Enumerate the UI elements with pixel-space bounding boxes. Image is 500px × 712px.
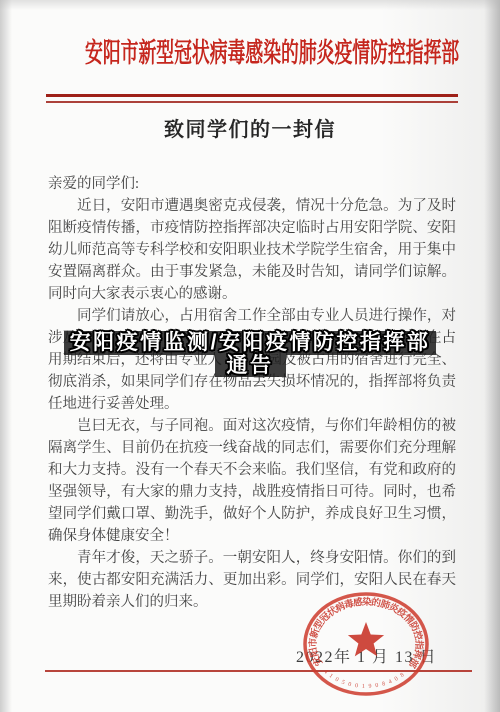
photo-edge-top	[0, 0, 500, 10]
body-line: 和大力支持。没有一个春天不会来临。我们坚信，有党和政府的	[48, 459, 456, 481]
paragraph: 近日，安阳市遭遇奥密克戎侵袭，情况十分危急。为了及时阻断疫情传播，市疫情防控指挥…	[48, 195, 456, 305]
salutation: 亲爱的同学们:	[48, 173, 456, 195]
body-line: 阻断疫情传播，市疫情防控指挥部决定临时占用安阳学院、安阳	[48, 217, 456, 239]
letterhead-rule-thick	[46, 94, 458, 97]
body-line: 隔离学生、目前仍在抗疫一线奋战的同志们，需要你们充分理解	[48, 437, 456, 459]
letter-title: 致同学们的一封信	[0, 113, 500, 142]
paragraph: 岂曰无衣，与子同袍。面对这次疫情，与你们年龄相仿的被隔离学生、目前仍在抗疫一线奋…	[48, 415, 456, 547]
body-line: 任地进行妥善处理。	[48, 393, 456, 415]
official-seal: 安阳市新型冠状病毒感染的肺炎疫情防控指挥部 4105001908408	[286, 584, 446, 704]
body-line: 岂曰无衣，与子同袍。面对这次疫情，与你们年龄相仿的被	[48, 415, 456, 437]
letter-photo: 安阳市新型冠状病毒感染的肺炎疫情防控指挥部 致同学们的一封信 亲爱的同学们: 近…	[0, 0, 500, 712]
body-line: 近日，安阳市遭遇奥密克戎侵袭，情况十分危急。为了及时	[48, 195, 456, 217]
letterhead-rule-thin	[46, 101, 458, 103]
body-line: 坚强领导，有大家的鼎力支持，战胜疫情指日可待。同时，也希	[48, 481, 456, 503]
watermark-line-1: 安阳疫情监测/安阳疫情防控指挥部	[64, 331, 437, 355]
body-line: 同时向大家表示衷心的感谢。	[48, 283, 456, 305]
body-line: 同学们请放心，占用宿舍工作全部由专业人员进行操作，对	[48, 305, 456, 327]
body-line: 安置隔离群众。由于事发紧急，未能及时告知，请同学们谅解。	[48, 261, 456, 283]
letter-paragraphs: 近日，安阳市遭遇奥密克戎侵袭，情况十分危急。为了及时阻断疫情传播，市疫情防控指挥…	[48, 195, 456, 613]
body-line: 幼儿师范高等专科学校和安阳职业技术学院学生宿舍，用于集中	[48, 239, 456, 261]
letterhead-org-name: 安阳市新型冠状病毒感染的肺炎疫情防控指挥部	[85, 31, 415, 70]
letter-body: 亲爱的同学们: 近日，安阳市遭遇奥密克戎侵袭，情况十分危急。为了及时阻断疫情传播…	[48, 173, 456, 613]
watermark-line-2: 通告	[215, 355, 286, 377]
body-line: 确保身体健康安全！	[48, 525, 456, 547]
body-line: 青年才俊，天之骄子。一朝安阳人，终身安阳情。你们的到	[48, 547, 456, 569]
body-line: 望同学们戴口罩、勤洗手，做好个人防护，养成良好卫生习惯，	[48, 503, 456, 525]
watermark-overlay: 安阳疫情监测/安阳疫情防控指挥部 通告	[0, 331, 500, 377]
seal-star-icon	[348, 622, 384, 656]
